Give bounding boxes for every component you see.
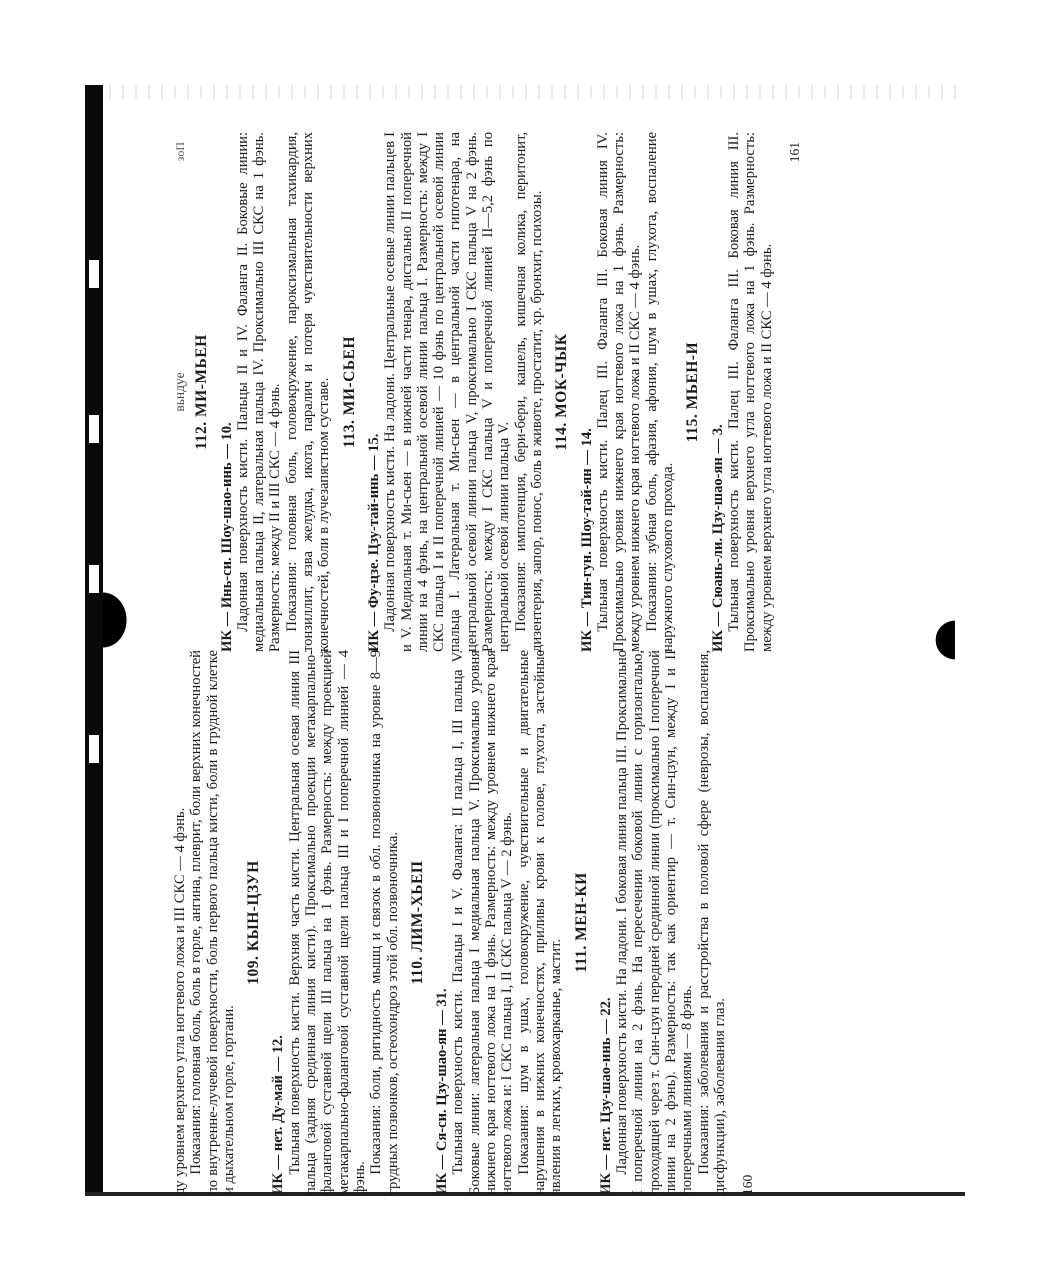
ik-line: ИК — Сюань-ли. Цзу-шао-ян — 3.: [710, 132, 726, 652]
section-title: 113. МИ-СЬЕН: [342, 132, 358, 652]
description-text: Тыльная поверхность кисти. Пальцы I и V.…: [450, 650, 515, 1195]
description-text: Тыльная поверхность кисти. Верхняя часть…: [287, 650, 368, 1195]
description-text: Тыльная поверхность кисти. Палец III. Фа…: [595, 132, 644, 652]
page-160: ду уровнем верхнего угла ногтевого ложа …: [172, 650, 757, 1195]
border-notch: [89, 735, 99, 763]
indications-text: Показания: боли, ригидность мышц и связо…: [368, 650, 401, 1195]
border-notch: [89, 415, 99, 443]
description-text: Ладонная поверхность кисти. Пальцы II и …: [235, 132, 284, 652]
section-title: 111. МЕН-КИ: [574, 650, 590, 1195]
ik-line: ИК — Фу-цзе. Цзу-тай-инь — 15.: [366, 132, 382, 652]
page-161: вьндуе зoП 112. МИ-МЬЕН ИК — Инь-си. Шоу…: [172, 132, 803, 652]
running-head-text: вьндуе: [172, 372, 187, 411]
scan-left-border: [85, 85, 103, 1195]
scan-top-noise: [103, 85, 965, 99]
border-notch: [89, 260, 99, 288]
section-title: 115. МЬЕН-И: [685, 132, 701, 652]
running-head-side: зoП: [172, 142, 188, 161]
description-text: Ладонная поверхность кисти. На ладони. I…: [614, 650, 695, 1195]
indications-text: Показания: заболевания и расстройства в …: [696, 650, 729, 1195]
ik-line: ИК — нет. Цзу-шао-инь — 22.: [598, 650, 614, 1195]
book-spine-shadow: [103, 585, 133, 655]
section-title: 109. КЫН-ЦЗУН: [246, 650, 262, 1195]
section-title: 110. ЛИМ-ХЬЕП: [410, 650, 426, 1195]
page-number: 160: [740, 650, 756, 1195]
indications-text: Показания: головная боль, головокружение…: [284, 132, 333, 652]
section-title: 112. МИ-МЬЕН: [194, 132, 210, 652]
indications-text: Показания: зубная боль, афазия, афония, …: [644, 132, 677, 652]
running-head: вьндуе зoП: [172, 132, 188, 652]
page-number: 161: [787, 142, 803, 652]
border-notch: [89, 565, 99, 593]
ik-line: ИК — Инь-си. Шоу-шао-инь — 10.: [219, 132, 235, 652]
description-text: Тыльная поверхность кисти. Палец III. Фа…: [726, 132, 775, 652]
indications-text: Показания: импотенция, бери-бери, кашель…: [513, 132, 546, 652]
indications-text: Показания: головная боль, боль в горле, …: [188, 650, 237, 1195]
indications-text: Показания: шум в ушах, головокружение, ч…: [516, 650, 565, 1195]
ik-line: ИК — Ся-си. Цзу-шао-ян — 31.: [434, 650, 450, 1195]
continuation-text: ду уровнем верхнего угла ногтевого ложа …: [172, 650, 188, 1195]
book-spine-shadow-right: [925, 610, 955, 670]
ik-line: ИК — нет. Ду-май — 12.: [270, 650, 286, 1195]
description-text: Ладонная поверхность кисти. На ладони. Ц…: [382, 132, 512, 652]
section-title: 114. МОК-ЧЫК: [554, 132, 570, 652]
ik-line: ИК — Тин-гун. Шоу-тай-ян — 14.: [579, 132, 595, 652]
